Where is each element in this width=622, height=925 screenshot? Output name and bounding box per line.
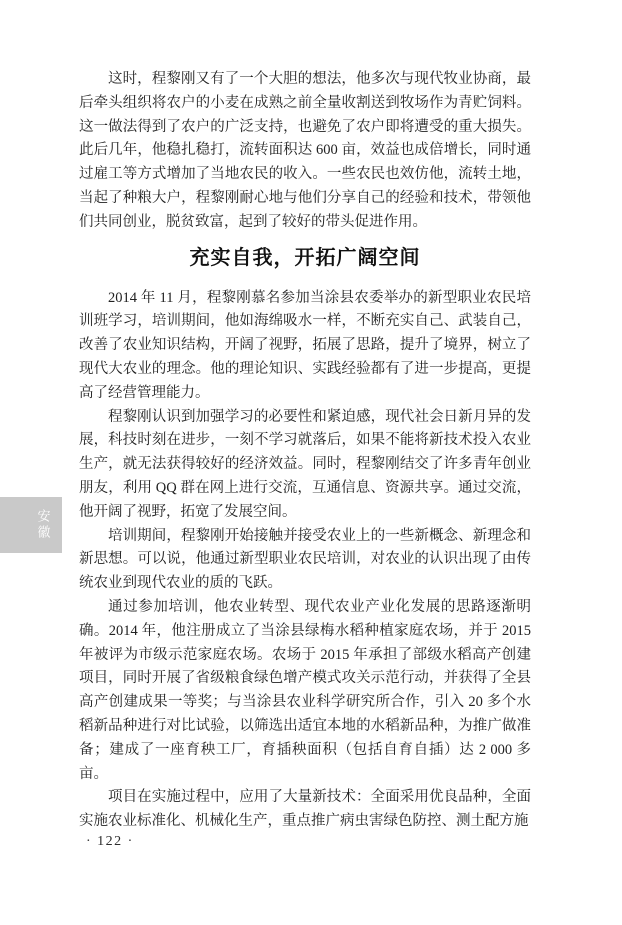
page-number: · 122 · (86, 834, 134, 850)
province-edge-tab: 安徽 (0, 497, 62, 553)
paragraph-6: 项目在实施过程中，应用了大量新技术：全面采用优良品种，全面实施农业标准化、机械化… (79, 786, 531, 834)
paragraph-2: 2014 年 11 月，程黎刚慕名参加当涂县农委举办的新型职业农民培训班学习，培… (79, 287, 531, 406)
paragraph-5: 通过参加培训，他农业转型、现代农业产业化发展的思路逐渐明确。2014 年，他注册… (79, 596, 531, 786)
book-page: 安徽 这时，程黎刚又有了一个大胆的想法，他多次与现代牧业协商，最后牵头组织将农户… (0, 0, 622, 925)
paragraph-1: 这时，程黎刚又有了一个大胆的想法，他多次与现代牧业协商，最后牵头组织将农户的小麦… (79, 68, 531, 235)
page-body-text: 这时，程黎刚又有了一个大胆的想法，他多次与现代牧业协商，最后牵头组织将农户的小麦… (79, 68, 531, 834)
paragraph-3: 程黎刚认识到加强学习的必要性和紧迫感，现代社会日新月异的发展，科技时刻在进步，一… (79, 406, 531, 525)
section-heading: 充实自我，开拓广阔空间 (79, 243, 531, 271)
province-tab-label: 安徽 (36, 509, 49, 541)
paragraph-4: 培训期间，程黎刚开始接触并接受农业上的一些新概念、新理念和新思想。可以说，他通过… (79, 525, 531, 596)
